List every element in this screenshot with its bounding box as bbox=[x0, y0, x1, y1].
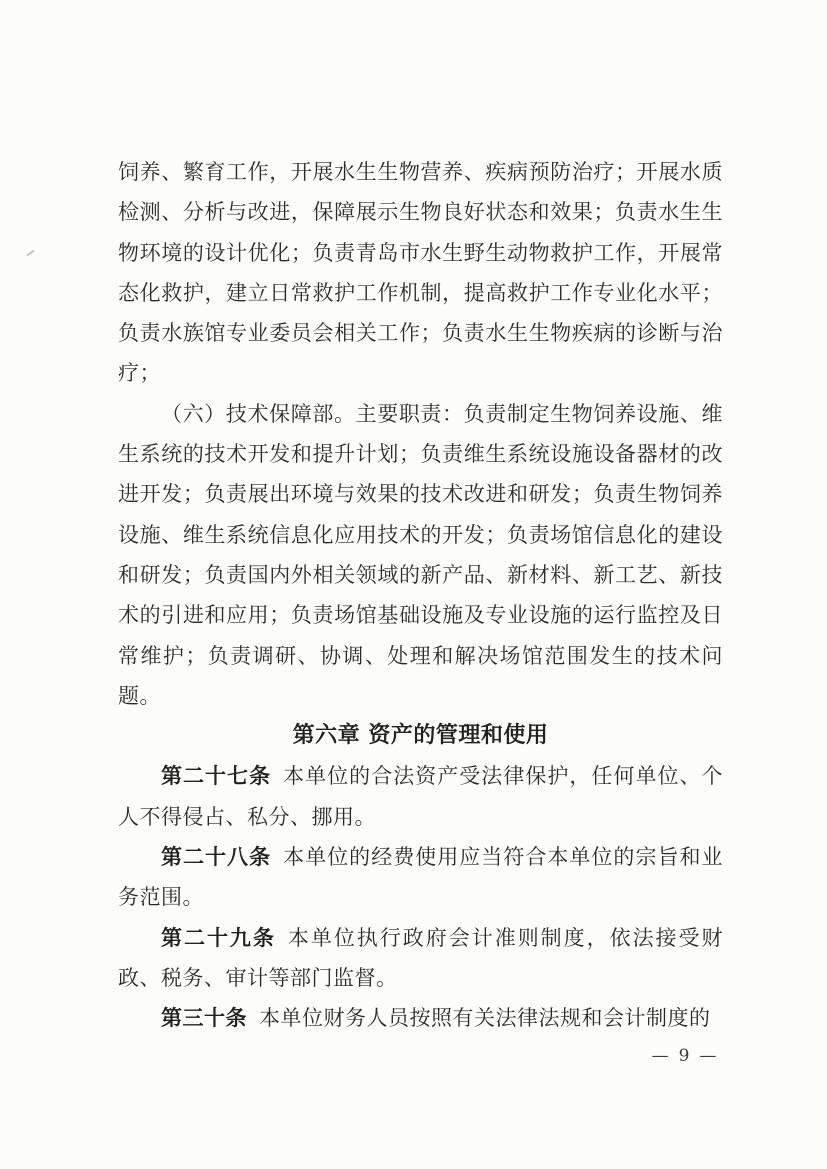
article-number-label: 第二十八条 bbox=[161, 844, 271, 869]
chapter-heading: 第六章 资产的管理和使用 bbox=[118, 716, 723, 756]
document-page: 饲养、繁育工作，开展水生生物营养、疾病预防治疗；开展水质检测、分析与改进，保障展… bbox=[0, 0, 827, 1169]
body-paragraph-section-6: （六）技术保障部。主要职责：负责制定生物饲养设施、维生系统的技术开发和提升计划；… bbox=[118, 394, 723, 716]
article-number-label: 第二十七条 bbox=[161, 763, 271, 788]
article-text: 本单位财务人员按照有关法律法规和会计制度的 bbox=[259, 1006, 711, 1030]
document-content: 饲养、繁育工作，开展水生生物营养、疾病预防治疗；开展水质检测、分析与改进，保障展… bbox=[118, 152, 723, 1039]
article-paragraph-30: 第三十条本单位财务人员按照有关法律法规和会计制度的 bbox=[118, 998, 723, 1038]
body-paragraph-continuation: 饲养、繁育工作，开展水生生物营养、疾病预防治疗；开展水质检测、分析与改进，保障展… bbox=[118, 152, 723, 394]
scan-artifact bbox=[26, 250, 35, 257]
article-paragraph-28: 第二十八条本单位的经费使用应当符合本单位的宗旨和业务范围。 bbox=[118, 837, 723, 918]
article-paragraph-27: 第二十七条本单位的合法资产受法律保护，任何单位、个人不得侵占、私分、挪用。 bbox=[118, 756, 723, 837]
page-number: — 9 — bbox=[644, 1044, 724, 1068]
page-number-dash-left: — bbox=[652, 1044, 669, 1068]
page-number-value: 9 bbox=[679, 1044, 690, 1068]
article-number-label: 第二十九条 bbox=[161, 925, 276, 950]
article-paragraph-29: 第二十九条本单位执行政府会计准则制度，依法接受财政、税务、审计等部门监督。 bbox=[118, 918, 723, 999]
article-number-label: 第三十条 bbox=[161, 1005, 247, 1030]
page-number-dash-right: — bbox=[699, 1044, 716, 1068]
